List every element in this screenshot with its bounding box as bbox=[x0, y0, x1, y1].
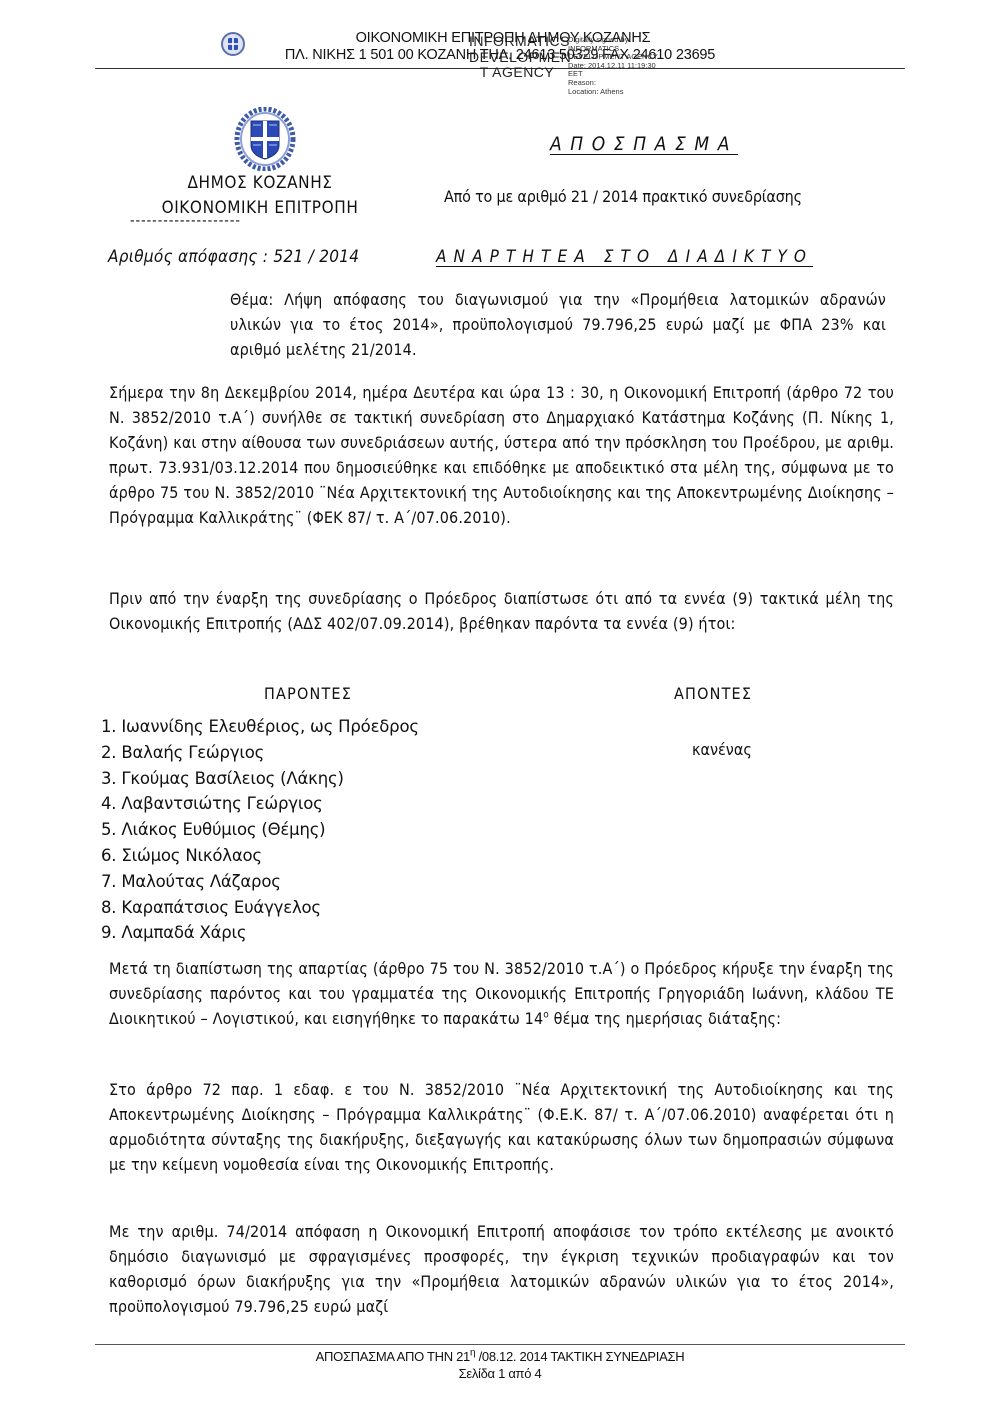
meeting-intro-paragraph: Σήμερα την 8η Δεκεμβρίου 2014, ημέρα Δευ… bbox=[109, 380, 894, 530]
list-item: 7. Μαλούτας Λάζαρος bbox=[101, 869, 419, 895]
signer-line: INFORMATICS bbox=[469, 34, 565, 50]
absent-header: ΑΠΟΝΤΕΣ bbox=[674, 684, 752, 703]
agenda-intro-text-end: θέμα της ημερήσιας διάταξης: bbox=[549, 1009, 781, 1028]
signature-detail: Location: Athens bbox=[568, 88, 658, 97]
footer-title: ΑΠΟΣΠΑΣΜΑ ΑΠΟ ΤΗΝ 21η /08.12. 2014 ΤΑΚΤΙ… bbox=[0, 1349, 1000, 1364]
list-item: 1. Ιωαννίδης Ελευθέριος, ως Πρόεδρος bbox=[101, 714, 419, 740]
list-item: 9. Λαμπαδά Χάρις bbox=[101, 920, 419, 946]
minutes-reference: Από το με αριθμό 21 / 2014 πρακτικό συνε… bbox=[444, 187, 802, 206]
digital-signature-details: Digitally signed by INFORMATICS DEVELOPM… bbox=[568, 36, 658, 96]
municipality-name: ΔΗΜΟΣ ΚΟΖΑΝΗΣ bbox=[120, 171, 400, 196]
footer-title-text-end: /08.12. 2014 ΤΑΚΤΙΚΗ ΣΥΝΕΔΡΙΑΣΗ bbox=[475, 1349, 684, 1364]
subject-paragraph: Θέμα: Λήψη απόφασης του διαγωνισμού για … bbox=[230, 287, 886, 362]
prior-decision-paragraph: Με την αριθμ. 74/2014 απόφαση η Οικονομι… bbox=[109, 1219, 894, 1319]
list-item: 5. Λιάκος Ευθύμιος (Θέμης) bbox=[101, 817, 419, 843]
greek-coat-of-arms-icon bbox=[234, 107, 296, 171]
footer-title-text: ΑΠΟΣΠΑΣΜΑ ΑΠΟ ΤΗΝ 21 bbox=[316, 1349, 470, 1364]
list-item: 6. Σιώμος Νικόλαος bbox=[101, 843, 419, 869]
list-item: 8. Καραπάτσιος Ευάγγελος bbox=[101, 895, 419, 921]
quorum-paragraph: Πριν από την έναρξη της συνεδρίασης ο Πρ… bbox=[109, 586, 894, 636]
signer-line: DEVELOPMEN bbox=[469, 50, 565, 66]
agenda-intro-paragraph: Μετά τη διαπίστωση της απαρτίας (άρθρο 7… bbox=[109, 956, 894, 1031]
decision-number: Αριθμός απόφασης : 521 / 2014 bbox=[108, 247, 359, 267]
list-item: 3. Γκούμας Βασίλειος (Λάκης) bbox=[101, 766, 419, 792]
issuer-underline: -------------------- bbox=[130, 213, 241, 229]
signer-line: T AGENCY bbox=[469, 65, 565, 81]
list-item: 4. Λαβαντσιώτης Γεώργιος bbox=[101, 791, 419, 817]
present-header: ΠΑΡΟΝΤΕΣ bbox=[264, 684, 352, 703]
absent-value: κανένας bbox=[692, 740, 752, 759]
digital-signature-signer: INFORMATICS DEVELOPMEN T AGENCY bbox=[469, 34, 565, 81]
footer-divider bbox=[95, 1344, 905, 1345]
present-members-list: 1. Ιωαννίδης Ελευθέριος, ως Πρόεδρος 2. … bbox=[101, 714, 419, 946]
publish-notice: ΑΝΑΡΤΗΤΕΑ ΣΤΟ ΔΙΑΔΙΚΤΥΟ bbox=[436, 247, 813, 267]
document-type-title: ΑΠΟΣΠΑΣΜΑ bbox=[550, 133, 738, 155]
legal-basis-paragraph: Στο άρθρο 72 παρ. 1 εδαφ. ε του Ν. 3852/… bbox=[109, 1077, 894, 1177]
page-number: Σελίδα 1 από 4 bbox=[0, 1366, 1000, 1381]
list-item: 2. Βαλαής Γεώργιος bbox=[101, 740, 419, 766]
